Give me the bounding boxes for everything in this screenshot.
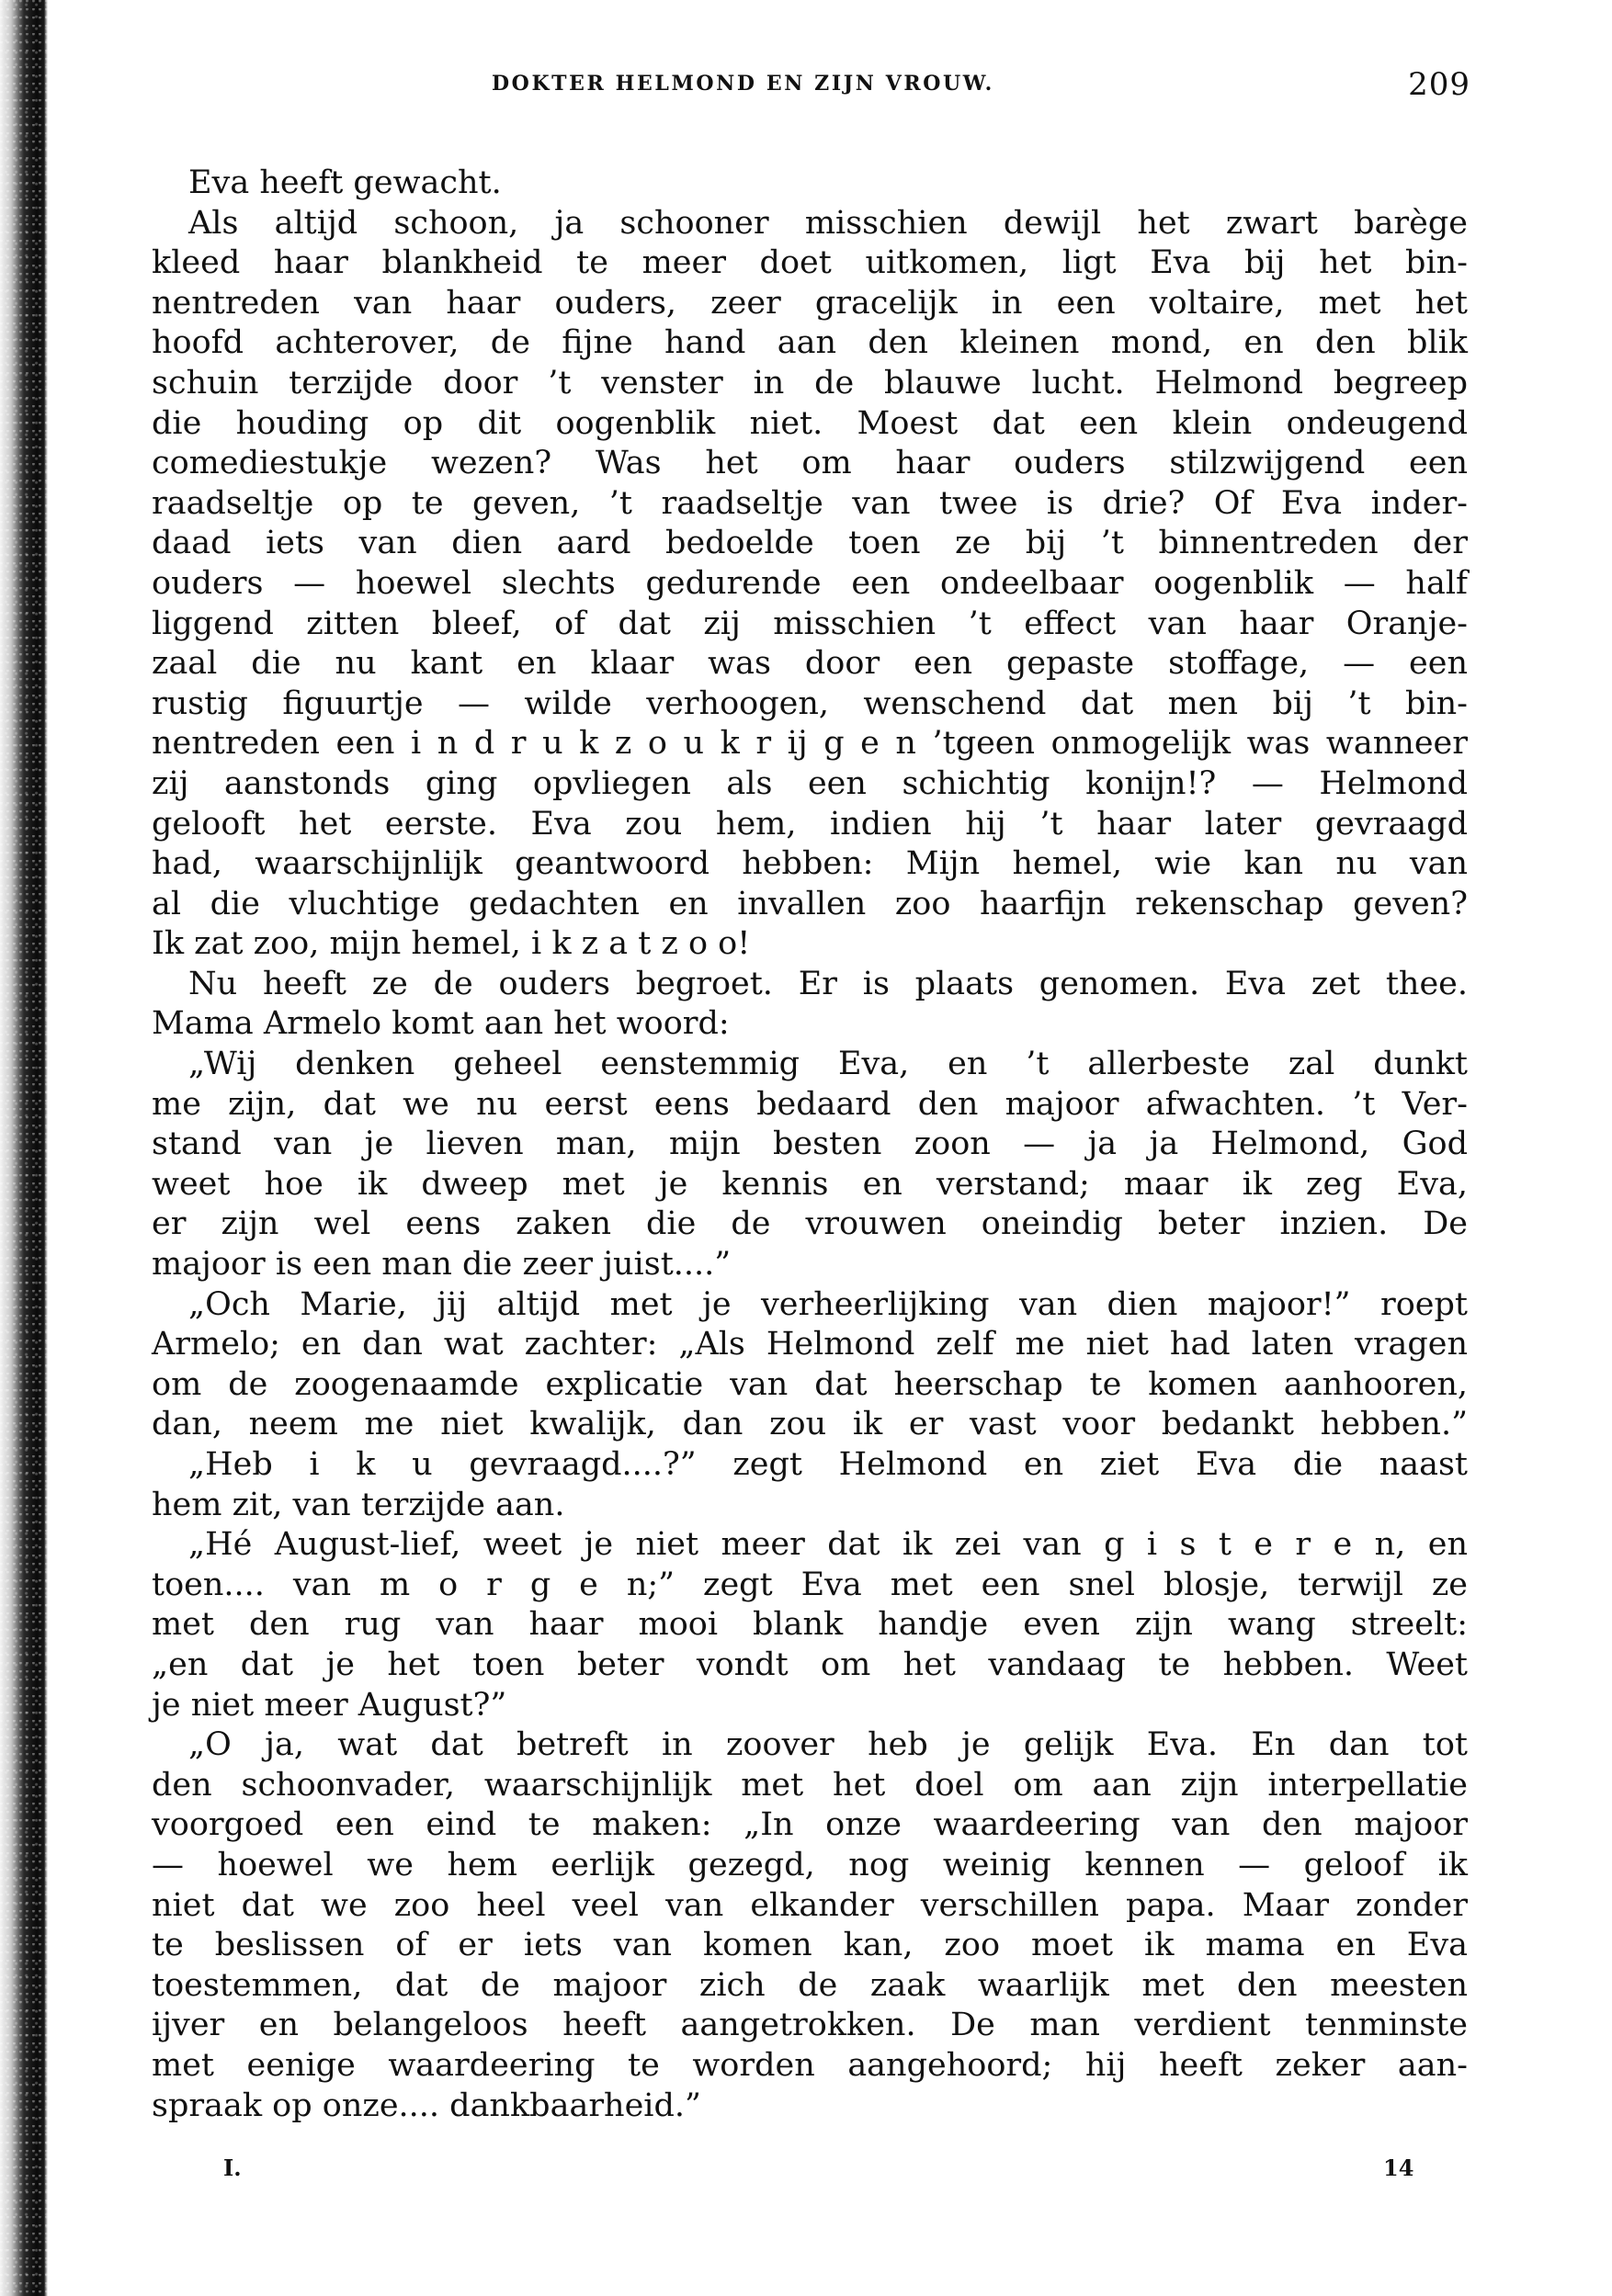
- text-line: majoor is een man die zeer juist....”: [152, 1245, 1468, 1285]
- text-line: me zijn, dat we nu eerst eens bedaard de…: [152, 1085, 1468, 1125]
- text-line: liggend zitten bleef, of dat zij misschi…: [152, 605, 1468, 645]
- text-line: Ik zat zoo, mijn hemel, i k z a t z o o!: [152, 924, 1468, 965]
- text-line: ouders — hoewel slechts gedurende een on…: [152, 564, 1468, 605]
- text-line: al die vluchtige gedachten en invallen z…: [152, 885, 1468, 925]
- text-line: weet hoe ik dweep met je kennis en verst…: [152, 1165, 1468, 1205]
- text-line: had, waarschijnlijk geantwoord hebben: M…: [152, 844, 1468, 885]
- text-line: rustig figuurtje — wilde verhoogen, wens…: [152, 684, 1468, 725]
- text-line: den schoonvader, waarschijnlijk met het …: [152, 1766, 1468, 1806]
- text-line: je niet meer August?”: [152, 1686, 1468, 1726]
- text-line: „Wij denken geheel eenstemmig Eva, en ’t…: [152, 1045, 1468, 1085]
- running-title: DOKTER HELMOND EN ZIJN VROUW.: [492, 72, 994, 96]
- text-line: zij aanstonds ging opvliegen als een sch…: [152, 764, 1468, 805]
- text-line: Nu heeft ze de ouders begroet. Er is pla…: [152, 965, 1468, 1005]
- text-line: toestemmen, dat de majoor zich de zaak w…: [152, 1966, 1468, 2007]
- text-line: met den rug van haar mooi blank handje e…: [152, 1605, 1468, 1646]
- text-line: Eva heeft gewacht.: [152, 164, 1468, 204]
- signature-mark: I.: [223, 2155, 242, 2181]
- text-line: „en dat je het toen beter vondt om het v…: [152, 1646, 1468, 1686]
- text-line: voorgoed een eind te maken: „In onze waa…: [152, 1805, 1468, 1846]
- text-line: zaal die nu kant en klaar was door een g…: [152, 644, 1468, 684]
- running-head: DOKTER HELMOND EN ZIJN VROUW. 209: [152, 66, 1470, 103]
- text-line: daad iets van dien aard bedoelde toen ze…: [152, 524, 1468, 564]
- page-number: 209: [1408, 66, 1470, 103]
- text-line: gelooft het eerste. Eva zou hem, indien …: [152, 805, 1468, 845]
- text-line: nentreden een i n d r u k z o u k r ij g…: [152, 724, 1468, 764]
- text-line: comediestukje wezen? Was het om haar oud…: [152, 444, 1468, 484]
- text-line: Mama Armelo komt aan het woord:: [152, 1004, 1468, 1045]
- body-text: Eva heeft gewacht.Als altijd schoon, ja …: [152, 164, 1468, 2126]
- text-line: met eenige waardeering te worden aangeho…: [152, 2046, 1468, 2087]
- text-line: te beslissen of er iets van komen kan, z…: [152, 1926, 1468, 1966]
- sheet-number: 14: [1383, 2155, 1413, 2181]
- text-line: er zijn wel eens zaken die de vrouwen on…: [152, 1205, 1468, 1245]
- text-line: hoofd achterover, de fijne hand aan den …: [152, 323, 1468, 364]
- text-line: om de zoogenaamde explicatie van dat hee…: [152, 1365, 1468, 1406]
- text-line: Als altijd schoon, ja schooner misschien…: [152, 204, 1468, 244]
- text-line: nentreden van haar ouders, zeer gracelij…: [152, 284, 1468, 324]
- text-line: stand van je lieven man, mijn besten zoo…: [152, 1125, 1468, 1165]
- text-line: schuin terzijde door ’t venster in de bl…: [152, 364, 1468, 404]
- text-line: Armelo; en dan wat zachter: „Als Helmond…: [152, 1325, 1468, 1365]
- text-line: dan, neem me niet kwalijk, dan zou ik er…: [152, 1405, 1468, 1445]
- text-line: „Heb i k u gevraagd....?” zegt Helmond e…: [152, 1445, 1468, 1486]
- text-line: kleed haar blankheid te meer doet uitkom…: [152, 243, 1468, 284]
- text-line: — hoewel we hem eerlijk gezegd, nog wein…: [152, 1846, 1468, 1886]
- text-line: niet dat we zoo heel veel van elkander v…: [152, 1886, 1468, 1927]
- text-line: ijver en belangeloos heeft aangetrokken.…: [152, 2006, 1468, 2046]
- text-line: raadseltje op te geven, ’t raadseltje va…: [152, 484, 1468, 525]
- text-line: „O ja, wat dat betreft in zoover heb je …: [152, 1725, 1468, 1766]
- text-line: hem zit, van terzijde aan.: [152, 1486, 1468, 1526]
- text-line: „Och Marie, jij altijd met je verheerlij…: [152, 1285, 1468, 1326]
- text-line: die houding op dit oogenblik niet. Moest…: [152, 404, 1468, 445]
- text-line: „Hé August-lief, weet je niet meer dat i…: [152, 1525, 1468, 1566]
- page-footer: I. 14: [152, 2155, 1468, 2191]
- book-spine-shadow: [0, 0, 48, 2296]
- text-line: toen.... van m o r g e n;” zegt Eva met …: [152, 1566, 1468, 1606]
- text-line: spraak op onze.... dankbaarheid.”: [152, 2087, 1468, 2127]
